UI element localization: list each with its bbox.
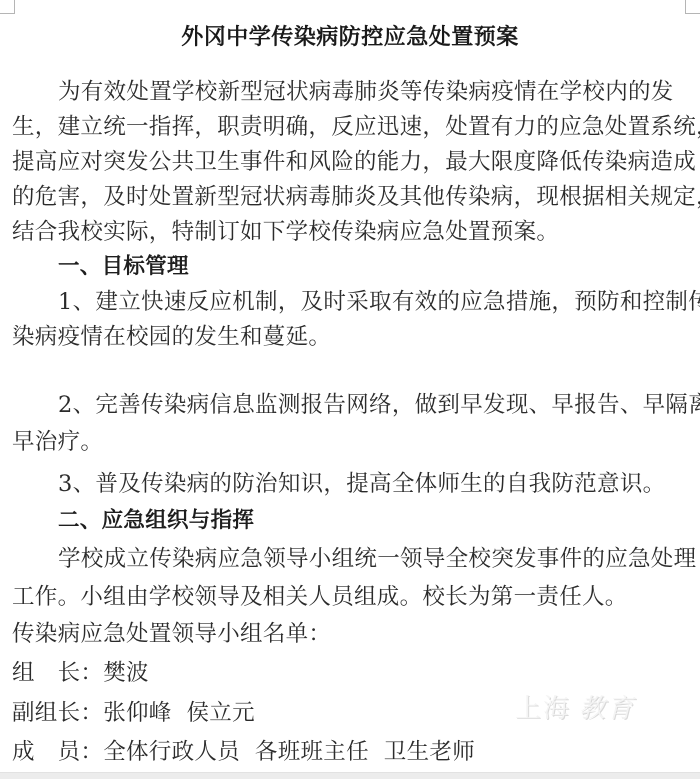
organization-paragraph-line: 学校成立传染病应急领导小组统一领导全校突发事件的应急处理 (58, 544, 696, 574)
intro-line: 的危害，及时处置新型冠状病毒肺炎及其他传染病，现根据相关规定， (12, 182, 700, 212)
section-heading-emergency-organization: 二、应急组织与指挥 (58, 506, 254, 536)
roster-members: 张仰峰 侯立元 (103, 700, 255, 726)
roster-row-members: 成 员：全体行政人员 各班班主任 卫生老师 (12, 737, 475, 767)
roster-row-leader: 组 长：樊波 (12, 658, 149, 688)
goal-item-3-line: 3、普及传染病的防治知识，提高全体师生的自我防范意识。 (58, 469, 665, 499)
roster-row-deputy-leader: 副组长：张仰峰 侯立元 (12, 698, 255, 728)
roster-members: 全体行政人员 各班班主任 卫生老师 (103, 739, 475, 765)
roster-role: 组 长： (12, 660, 103, 686)
watermark-script-text: 教育 (579, 694, 635, 724)
goal-item-1-line: 1、建立快速反应机制，及时采取有效的应急措施，预防和控制传 (58, 287, 700, 317)
intro-line: 生，建立统一指挥，职责明确，反应迅速，处置有力的应急处置系统， (12, 112, 700, 142)
roster-role: 副组长： (12, 700, 103, 726)
watermark-text: 上海 (515, 694, 571, 724)
page-bottom-edge (0, 772, 700, 779)
watermark: 上海教育 (515, 688, 635, 725)
document-title: 外冈中学传染病防控应急处置预案 (0, 22, 700, 54)
intro-line: 为有效处置学校新型冠状病毒肺炎等传染病疫情在学校内的发 (58, 77, 674, 107)
intro-line: 结合我校实际，特制订如下学校传染病应急处置预案。 (12, 217, 559, 247)
roster-members: 樊波 (103, 660, 149, 686)
roster-role: 成 员： (12, 739, 103, 765)
page-corner-mark-top-left (0, 0, 15, 14)
goal-item-1-line: 染病疫情在校园的发生和蔓延。 (12, 322, 331, 352)
goal-item-2-line: 早治疗。 (12, 427, 103, 457)
intro-line: 提高应对突发公共卫生事件和风险的能力，最大限度降低传染病造成 (12, 147, 696, 177)
goal-item-2-line: 2、完善传染病信息监测报告网络，做到早发现、早报告、早隔离、 (58, 390, 700, 420)
roster-list-title: 传染病应急处置领导小组名单： (12, 619, 331, 649)
section-heading-goal-management: 一、目标管理 (58, 252, 189, 282)
page-corner-mark-top-right (685, 0, 700, 14)
organization-paragraph-line: 工作。小组由学校领导及相关人员组成。校长为第一责任人。 (12, 582, 628, 612)
